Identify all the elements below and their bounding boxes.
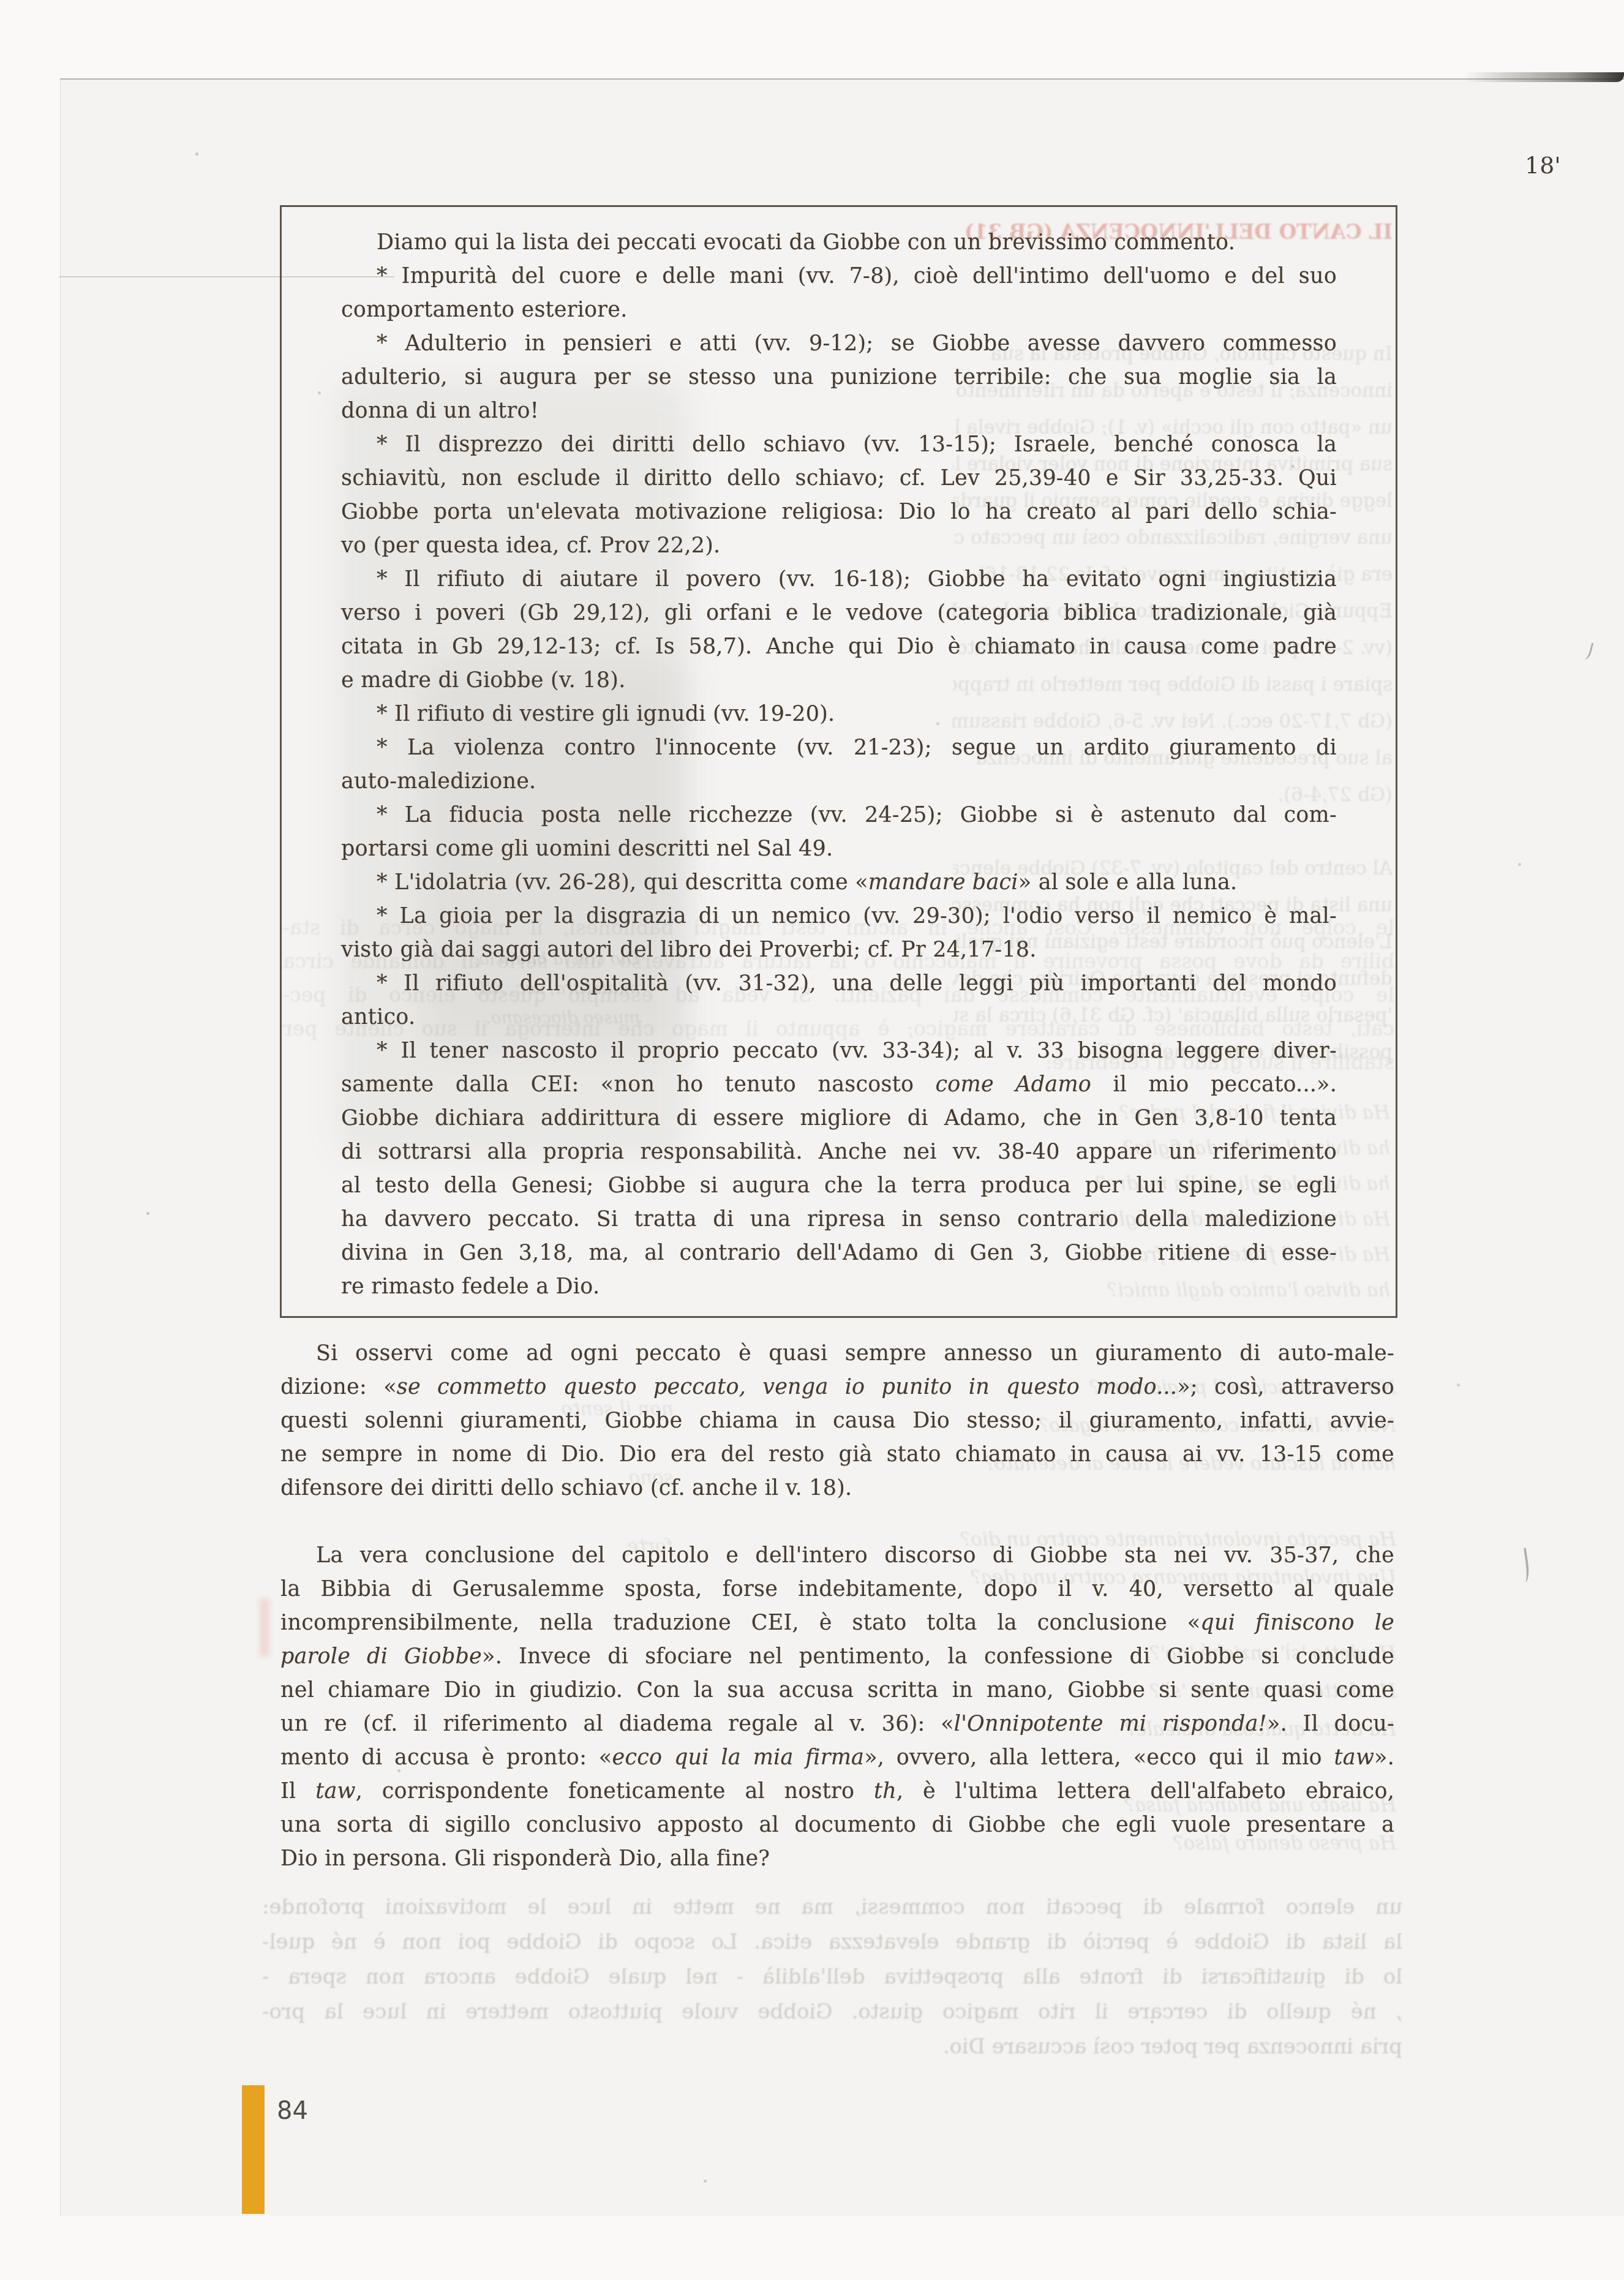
text-line: * La fiducia posta nelle ricchezze (vv. … <box>341 799 1337 832</box>
text-line: vo (per questa idea, cf. Prov 22,2). <box>341 529 1337 563</box>
text-line: verso i poveri (Gb 29,12), gli orfani e … <box>341 596 1337 630</box>
paragraph-1: Si osservi come ad ogni peccato è quasi … <box>280 1337 1394 1505</box>
text-line: La vera conclusione del capitolo e dell'… <box>280 1539 1394 1573</box>
bleedthrough-line: un elenco formale di peccati non commess… <box>262 1890 1402 1925</box>
text-line: Diamo qui la lista dei peccati evocati d… <box>341 226 1337 260</box>
bleedthrough-line: pria innocenza per poter così accusare D… <box>262 2030 1402 2064</box>
text-line: Il taw, corrispondente foneticamente al … <box>280 1775 1394 1808</box>
text-line: re rimasto fedele a Dio. <box>341 1270 1337 1304</box>
paragraph-2: La vera conclusione del capitolo e dell'… <box>280 1539 1394 1876</box>
accent-bar <box>242 2085 265 2214</box>
text-line: mento di accusa è pronto: «ecco qui la m… <box>280 1741 1394 1775</box>
commentary-box: Diamo qui la lista dei peccati evocati d… <box>280 205 1397 1318</box>
text-line: * Il rifiuto di vestire gli ignudi (vv. … <box>341 698 1337 731</box>
text-line: Dio in persona. Gli risponderà Dio, alla… <box>280 1842 1394 1876</box>
text-line: visto già dai saggi autori del libro dei… <box>341 933 1337 967</box>
text-line: schiavitù, non esclude il diritto dello … <box>341 462 1337 495</box>
scanned-book-page: IL CANTO DELL'INNOCENZA (GB 31) In quest… <box>0 0 1624 2280</box>
text-line: e madre di Giobbe (v. 18). <box>341 664 1337 698</box>
text-line: nel chiamare Dio in giudizio. Con la sua… <box>280 1674 1394 1707</box>
text-line: auto-maledizione. <box>341 765 1337 799</box>
bleedthrough-line: , né quello di cercare il rito magico gi… <box>262 1995 1402 2030</box>
text-line: la Bibbia di Gerusalemme sposta, forse i… <box>280 1573 1394 1606</box>
text-line: una sorta di sigillo conclusivo apposto … <box>280 1808 1394 1842</box>
page-number: 84 <box>277 2097 308 2125</box>
text-line: * La gioia per la disgrazia di un nemico… <box>341 900 1337 933</box>
text-line: citata in Gb 29,12-13; cf. Is 58,7). Anc… <box>341 630 1337 664</box>
scan-smudge <box>260 1598 269 1657</box>
text-line: * Impurità del cuore e delle mani (vv. 7… <box>341 260 1337 293</box>
text-line: * Il tener nascosto il proprio peccato (… <box>341 1034 1337 1068</box>
text-line: * Il rifiuto di aiutare il povero (vv. 1… <box>341 563 1337 596</box>
text-line: * L'idolatria (vv. 26-28), qui descritta… <box>341 866 1337 900</box>
text-line: antico. <box>341 1001 1337 1034</box>
text-line: Si osservi come ad ogni peccato è quasi … <box>280 1337 1394 1371</box>
bleedthrough-line: la lista di Giobbe è perciò di grande el… <box>262 1925 1402 1960</box>
page-edge-shadow <box>1464 72 1624 82</box>
text-line: samente dalla CEI: «non ho tenuto nascos… <box>341 1068 1337 1102</box>
text-line: ha davvero peccato. Si tratta di una rip… <box>341 1203 1337 1236</box>
text-line: * Il disprezzo dei diritti dello schiavo… <box>341 428 1337 462</box>
text-line: Giobbe dichiara addirittura di essere mi… <box>341 1102 1337 1135</box>
text-line: comportamento esteriore. <box>341 293 1337 327</box>
text-line: donna di un altro! <box>341 394 1337 428</box>
text-line: incomprensibilmente, nella traduzione CE… <box>280 1606 1394 1640</box>
text-line: di sottrarsi alla propria responsabilità… <box>341 1135 1337 1169</box>
text-line: al testo della Genesi; Giobbe si augura … <box>341 1169 1337 1203</box>
corner-annotation: 18' <box>1525 152 1561 179</box>
text-line: * La violenza contro l'innocente (vv. 21… <box>341 731 1337 765</box>
text-line: * Adulterio in pensieri e atti (vv. 9-12… <box>341 327 1337 361</box>
text-line: portarsi come gli uomini descritti nel S… <box>341 832 1337 866</box>
text-line: dizione: «se commetto questo peccato, ve… <box>280 1371 1394 1404</box>
dust-specks <box>0 0 2 2</box>
text-line: parole di Giobbe». Invece di sfociare ne… <box>280 1640 1394 1674</box>
bleedthrough-bottom-block: un elenco formale di peccati non commess… <box>262 1890 1402 2064</box>
text-line: difensore dei diritti dello schiavo (cf.… <box>280 1472 1394 1505</box>
text-line: Giobbe porta un'elevata motivazione reli… <box>341 495 1337 529</box>
bleedthrough-line: lo di giustificarsi di fronte alla prosp… <box>262 1960 1402 1995</box>
text-line: ne sempre in nome di Dio. Dio era del re… <box>280 1438 1394 1472</box>
text-line: * Il rifiuto dell'ospitalità (vv. 31-32)… <box>341 967 1337 1001</box>
text-line: adulterio, si augura per se stesso una p… <box>341 361 1337 394</box>
text-line: questi solenni giuramenti, Giobbe chiama… <box>280 1404 1394 1438</box>
text-line: un re (cf. il riferimento al diadema reg… <box>280 1707 1394 1741</box>
text-line: divina in Gen 3,18, ma, al contrario del… <box>341 1236 1337 1270</box>
